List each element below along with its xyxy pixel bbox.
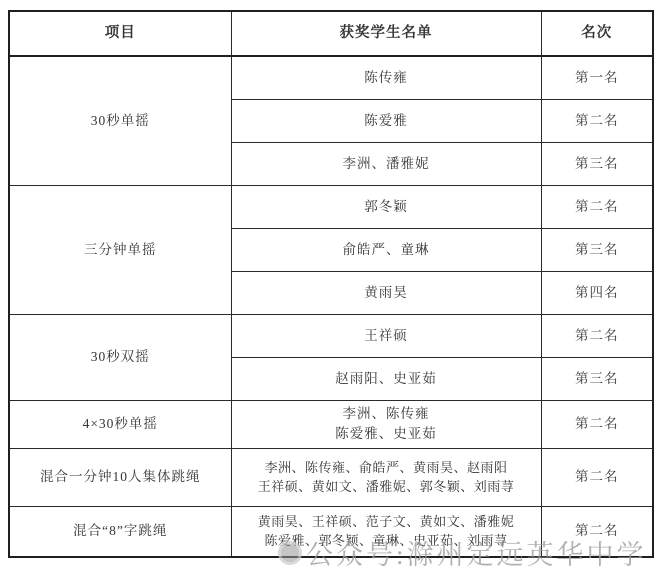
students-cell: 李洲、潘雅妮 (231, 142, 541, 185)
project-cell-30s-single: 30秒单摇 (9, 56, 231, 185)
table-row: 混合“8”字跳绳 黄雨昊、王祥硕、范子文、黄如文、潘雅妮 陈爱雅、郭冬颖、童琳、… (9, 506, 653, 557)
students-line: 黄雨昊、王祥硕、范子文、黄如文、潘雅妮 (236, 512, 537, 532)
rank-cell: 第二名 (541, 314, 653, 357)
table-row: 30秒单摇 陈传雍 第一名 (9, 56, 653, 99)
rank-cell: 第三名 (541, 142, 653, 185)
rank-cell: 第四名 (541, 271, 653, 314)
table-row: 混合一分钟10人集体跳绳 李洲、陈传雍、俞皓严、黄雨昊、赵雨阳 王祥硕、黄如文、… (9, 448, 653, 506)
project-cell-mixed-1min-10p: 混合一分钟10人集体跳绳 (9, 448, 231, 506)
project-cell-mixed-figure8: 混合“8”字跳绳 (9, 506, 231, 557)
project-cell-3min-single: 三分钟单摇 (9, 185, 231, 314)
students-cell: 俞皓严、童琳 (231, 228, 541, 271)
table-row: 30秒双摇 王祥硕 第二名 (9, 314, 653, 357)
students-cell: 赵雨阳、史亚茹 (231, 357, 541, 400)
rank-cell: 第二名 (541, 506, 653, 557)
students-cell: 李洲、陈传雍、俞皓严、黄雨昊、赵雨阳 王祥硕、黄如文、潘雅妮、郭冬颖、刘雨荨 (231, 448, 541, 506)
col-header-project: 项目 (9, 11, 231, 56)
students-cell: 陈传雍 (231, 56, 541, 99)
students-cell: 黄雨昊、王祥硕、范子文、黄如文、潘雅妮 陈爱雅、郭冬颖、童琳、史亚茹、刘雨荨 (231, 506, 541, 557)
rank-cell: 第二名 (541, 400, 653, 448)
students-cell: 王祥硕 (231, 314, 541, 357)
rank-cell: 第一名 (541, 56, 653, 99)
header-row: 项目 获奖学生名单 名次 (9, 11, 653, 56)
table-row: 4×30秒单摇 李洲、陈传雍 陈爱雅、史亚茹 第二名 (9, 400, 653, 448)
rank-cell: 第二名 (541, 185, 653, 228)
rank-cell: 第二名 (541, 448, 653, 506)
students-cell: 陈爱雅 (231, 99, 541, 142)
col-header-rank: 名次 (541, 11, 653, 56)
project-cell-4x30s-single: 4×30秒单摇 (9, 400, 231, 448)
project-cell-30s-double: 30秒双摇 (9, 314, 231, 400)
students-cell: 郭冬颖 (231, 185, 541, 228)
table-row: 三分钟单摇 郭冬颖 第二名 (9, 185, 653, 228)
students-line: 陈爱雅、史亚茹 (236, 424, 537, 444)
col-header-students: 获奖学生名单 (231, 11, 541, 56)
students-cell: 李洲、陈传雍 陈爱雅、史亚茹 (231, 400, 541, 448)
rank-cell: 第三名 (541, 228, 653, 271)
award-table: 项目 获奖学生名单 名次 30秒单摇 陈传雍 第一名 陈爱雅 第二名 李洲、潘雅… (8, 10, 654, 558)
students-line: 王祥硕、黄如文、潘雅妮、郭冬颖、刘雨荨 (236, 477, 537, 497)
rank-cell: 第三名 (541, 357, 653, 400)
students-line: 李洲、陈传雍 (236, 404, 537, 424)
students-cell: 黄雨昊 (231, 271, 541, 314)
students-line: 陈爱雅、郭冬颖、童琳、史亚茹、刘雨荨 (236, 531, 537, 551)
students-line: 李洲、陈传雍、俞皓严、黄雨昊、赵雨阳 (236, 458, 537, 478)
award-table-page: 项目 获奖学生名单 名次 30秒单摇 陈传雍 第一名 陈爱雅 第二名 李洲、潘雅… (0, 0, 660, 573)
rank-cell: 第二名 (541, 99, 653, 142)
